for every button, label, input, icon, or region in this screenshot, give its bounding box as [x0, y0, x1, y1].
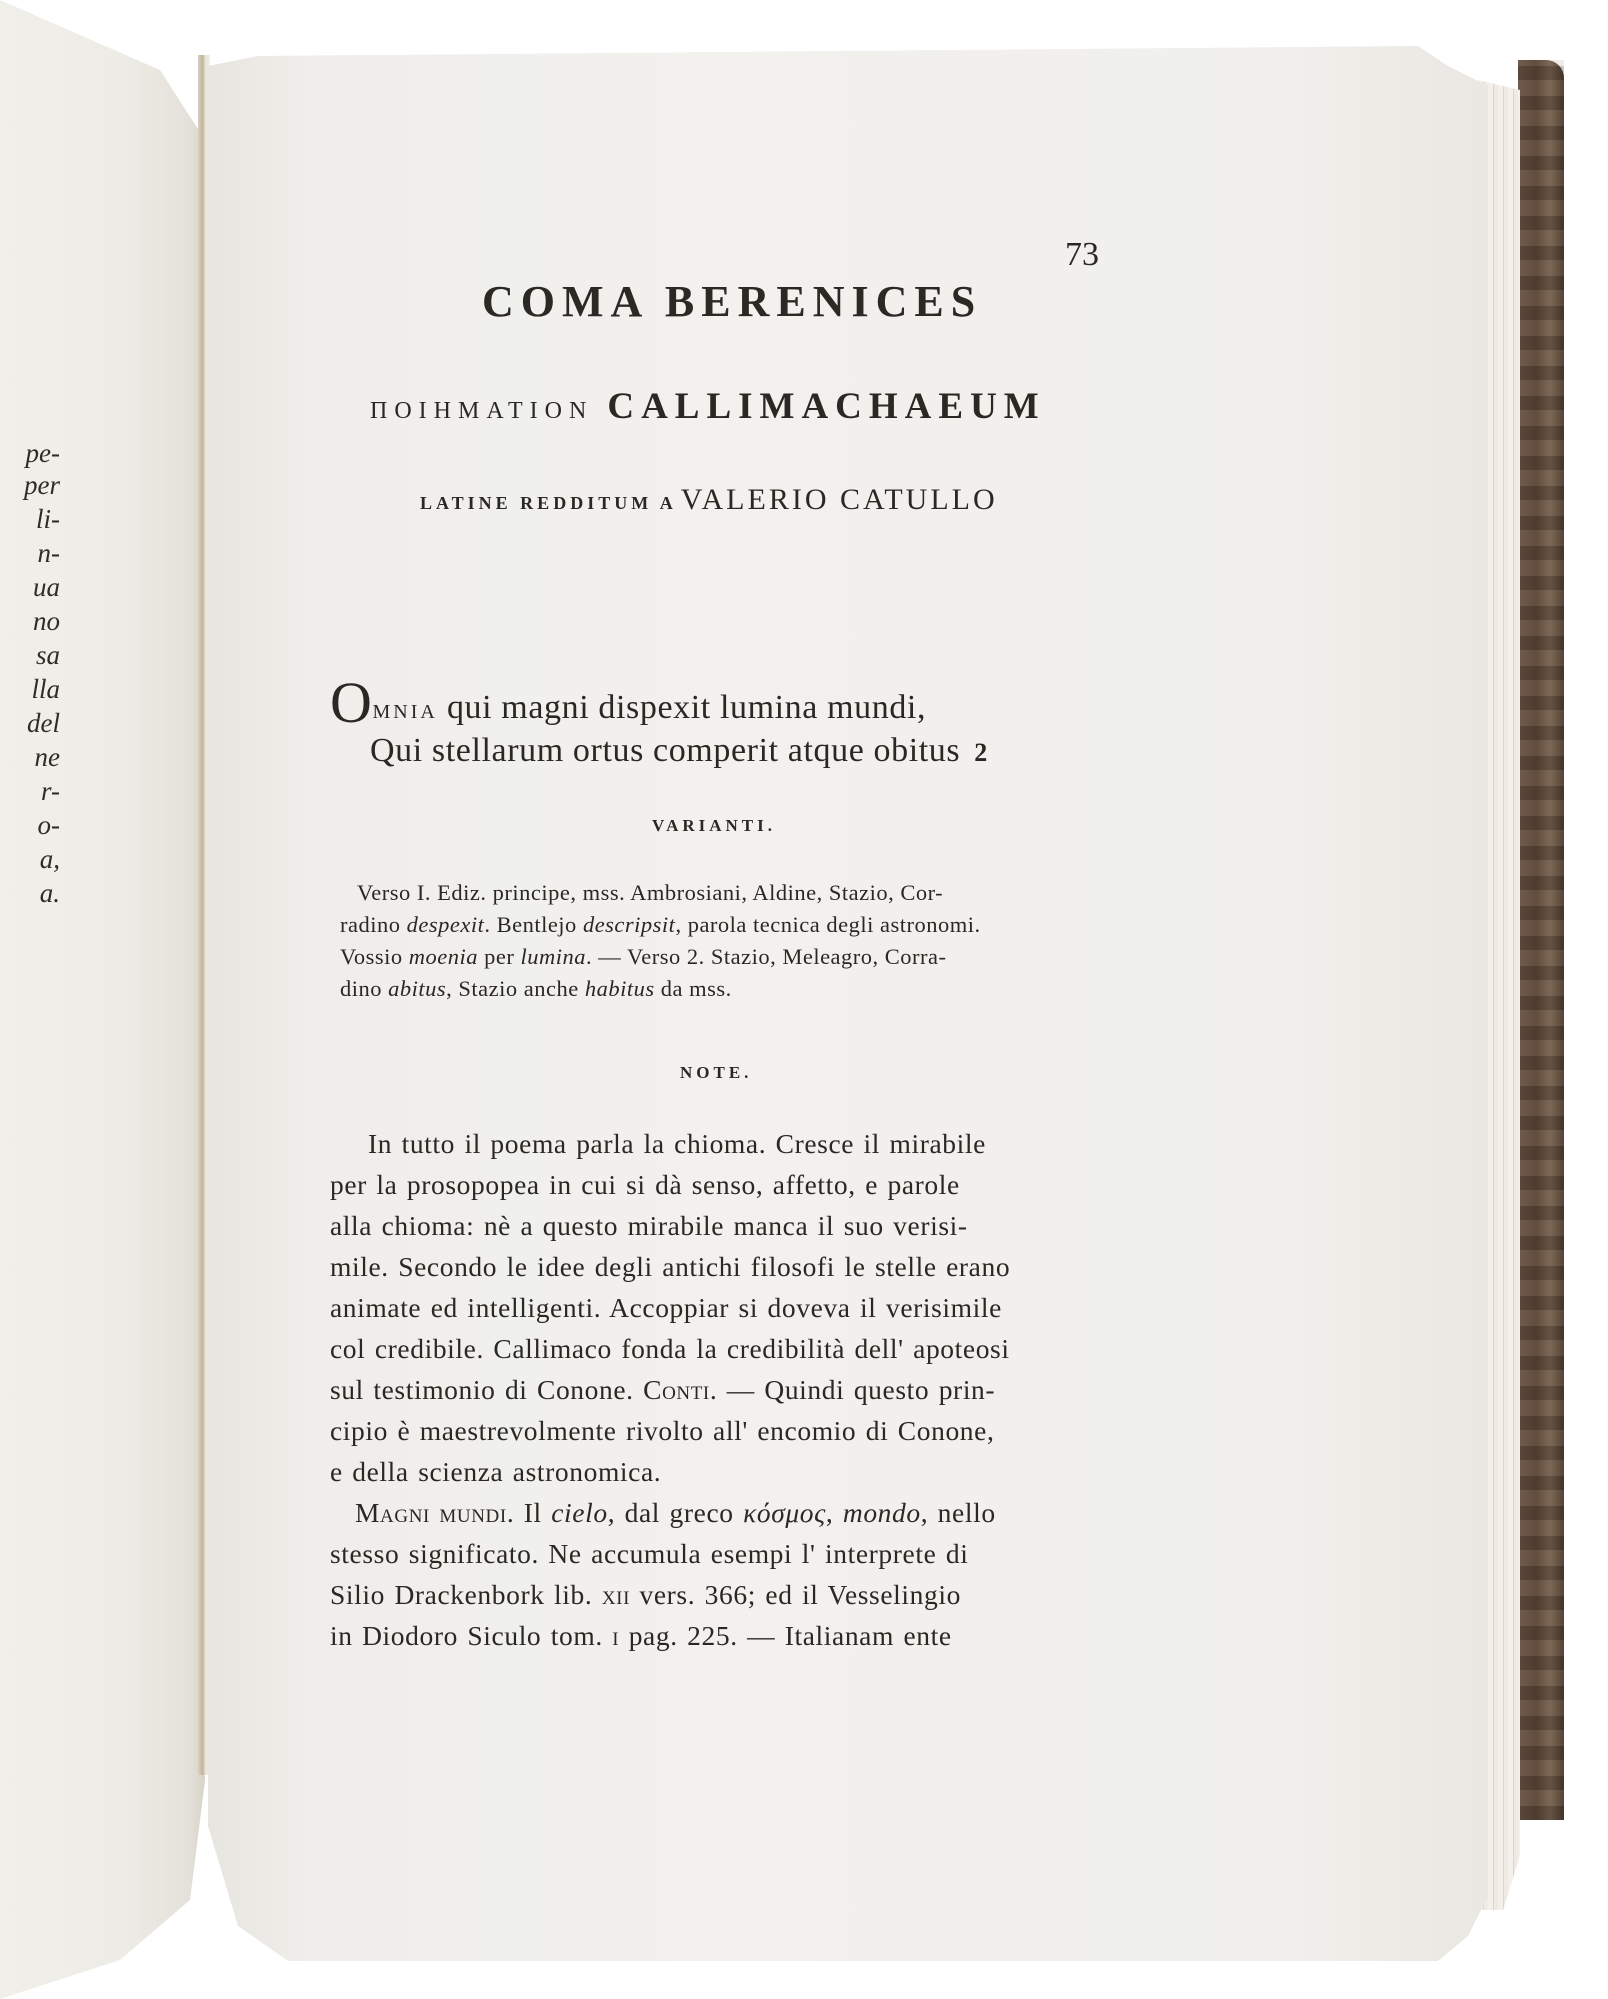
- left-text-fragment: li-: [0, 506, 60, 533]
- drop-cap: O: [330, 670, 373, 735]
- note-line: col credibile. Callimaco fonda la credib…: [330, 1333, 1010, 1365]
- right-page: [208, 46, 1488, 1961]
- byline-small: LATINE REDDITUM A: [420, 493, 677, 513]
- left-text-fragment: sa: [0, 642, 60, 669]
- varianti-heading: VARIANTI.: [652, 816, 776, 836]
- left-text-fragment: n-: [0, 540, 60, 567]
- line-number: 2: [974, 738, 988, 767]
- verse-line-2: Qui stellarum ortus comperit atque obitu…: [370, 732, 988, 770]
- subtitle: ΠΟΙΗΜΑΤΙΟΝCALLIMACHAEUM: [370, 385, 1046, 428]
- left-text-fragment: r-: [0, 778, 60, 805]
- page-number: 73: [1065, 236, 1099, 274]
- note-line: cipio è maestrevolmente rivolto all' enc…: [330, 1415, 994, 1447]
- note-line: In tutto il poema parla la chioma. Cresc…: [368, 1128, 986, 1160]
- subtitle-greek: ΠΟΙΗΜΑΤΙΟΝ: [370, 398, 593, 424]
- book-cover-edge: [1518, 60, 1564, 1820]
- note-heading: NOTE.: [680, 1063, 752, 1083]
- left-text-fragment: per: [0, 472, 60, 499]
- note-line: per la prosopopea in cui si dà senso, af…: [330, 1169, 960, 1201]
- note-line: animate ed intelligenti. Accoppiar si do…: [330, 1292, 1002, 1324]
- note-line: e della scienza astronomica.: [330, 1456, 661, 1488]
- varianti-line: Vossio moenia per lumina. — Verso 2. Sta…: [340, 944, 947, 970]
- left-text-fragment: lla: [0, 676, 60, 703]
- byline-author: VALERIO CATULLO: [681, 483, 998, 516]
- left-text-fragment: ne: [0, 744, 60, 771]
- left-page: pe- per li- n- ua no sa lla del ne r- o-…: [0, 0, 205, 1999]
- page-title: COMA BERENICES: [482, 276, 982, 327]
- note-line: alla chioma: nè a questo mirabile manca …: [330, 1210, 968, 1242]
- note-line: Silio Drackenbork lib. xii vers. 366; ed…: [330, 1579, 961, 1611]
- subtitle-latin: CALLIMACHAEUM: [607, 386, 1045, 427]
- note-line: stesso significato. Ne accumula esempi l…: [330, 1538, 968, 1570]
- note-line: Magni mundi. Il cielo, dal greco κόσμος,…: [355, 1497, 996, 1529]
- left-text-fragment: no: [0, 608, 60, 635]
- varianti-line: radino despexit. Bentlejo descripsit, pa…: [340, 912, 981, 938]
- left-text-fragment: del: [0, 710, 60, 737]
- note-line: in Diodoro Siculo tom. i pag. 225. — Ita…: [330, 1620, 952, 1652]
- note-line: sul testimonio di Conone. Conti. — Quind…: [330, 1374, 995, 1406]
- left-text-fragment: o-: [0, 812, 60, 839]
- byline: LATINE REDDITUM A VALERIO CATULLO: [420, 483, 998, 517]
- left-text-fragment: a,: [0, 846, 60, 873]
- left-text-fragment: ua: [0, 574, 60, 601]
- varianti-line: dino abitus, Stazio anche habitus da mss…: [340, 976, 732, 1002]
- varianti-line: Verso I. Ediz. principe, mss. Ambrosiani…: [357, 880, 943, 906]
- left-text-fragment: pe-: [0, 440, 60, 467]
- verse-line-1: OMNIA qui magni dispexit lumina mundi,: [330, 680, 926, 727]
- note-line: mile. Secondo le idee degli antichi filo…: [330, 1251, 1010, 1283]
- left-text-fragment: a.: [0, 880, 60, 907]
